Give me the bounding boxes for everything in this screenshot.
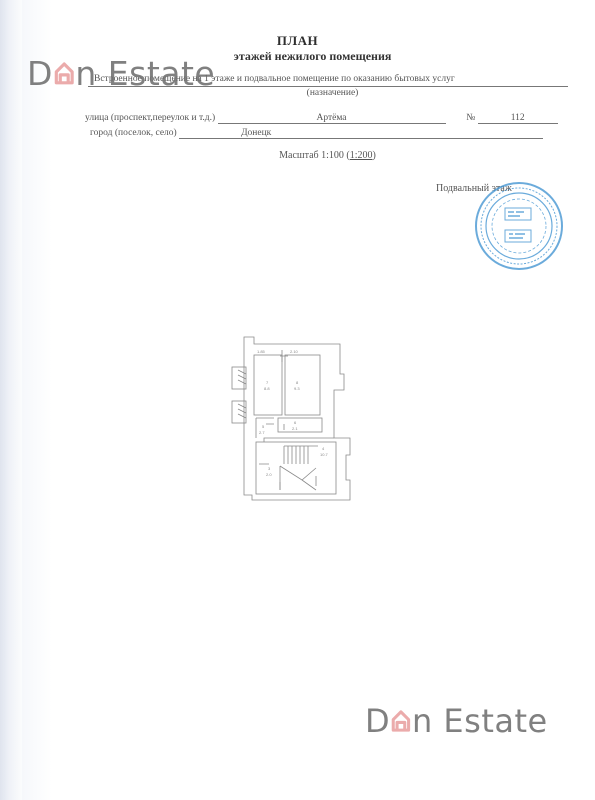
room-5-id: 5 xyxy=(262,424,265,429)
watermark-logo-bottom: Dn Estate xyxy=(365,703,548,739)
city-value: Донецк xyxy=(179,128,543,139)
room-3-id: 3 xyxy=(268,466,271,471)
scan-left-shadow xyxy=(22,0,52,800)
city-row: город (поселок, село) Донецк xyxy=(90,128,543,139)
room-8-area: 9.3 xyxy=(294,386,300,391)
room-4-area: 10.7 xyxy=(320,452,329,457)
scale-selected: 1:200 xyxy=(350,150,373,161)
room-4-id: 4 xyxy=(322,446,325,451)
room-5-area: 2.7 xyxy=(259,430,265,435)
city-label: город (поселок, село) xyxy=(90,128,177,138)
floor-plan-drawing: 1.85 2.10 7 8.8 8 9.3 5 2.7 6 2.1 3 2.0 … xyxy=(222,330,362,510)
street-value: Артёма xyxy=(218,113,446,124)
room-7-area: 8.8 xyxy=(264,386,270,391)
room-7-dim: 1.85 xyxy=(257,349,266,354)
scale-text: Масштаб 1:100 ( xyxy=(279,150,350,161)
document-title: ПЛАН xyxy=(0,33,595,49)
house-icon xyxy=(54,61,74,85)
room-8-dim: 2.10 xyxy=(290,349,299,354)
logo-text-suffix: n Estate xyxy=(412,702,548,740)
room-7-id: 7 xyxy=(266,380,269,385)
logo-text-prefix: D xyxy=(365,702,390,740)
scale-line: Масштаб 1:100 (1:200) xyxy=(0,150,595,161)
street-label: улица (проспект,переулок и т.д.) xyxy=(85,113,215,123)
room-6-id: 6 xyxy=(294,420,297,425)
house-icon xyxy=(391,709,411,732)
room-6-area: 2.1 xyxy=(292,426,298,431)
room-3-area: 2.0 xyxy=(266,472,272,477)
scan-left-edge xyxy=(0,0,22,800)
official-stamp xyxy=(473,180,565,272)
room-8-id: 8 xyxy=(296,380,299,385)
number-value: 112 xyxy=(478,113,558,124)
scale-close: ) xyxy=(373,150,376,161)
street-row: улица (проспект,переулок и т.д.) Артёма … xyxy=(85,113,558,124)
logo-text-suffix: n Estate xyxy=(75,54,215,93)
number-label: № xyxy=(466,113,475,123)
watermark-logo-top: Dn Estate xyxy=(27,56,215,92)
logo-text-prefix: D xyxy=(27,54,53,93)
